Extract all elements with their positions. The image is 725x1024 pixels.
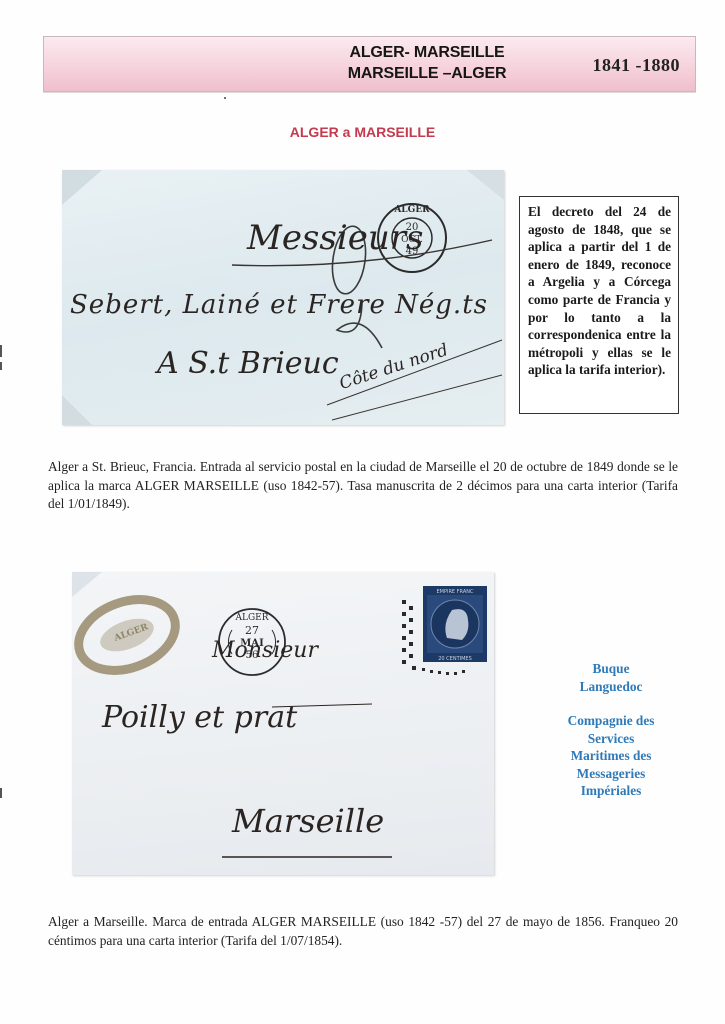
address-line-1: Monsieur xyxy=(212,638,318,663)
ship-info: Buque Languedoc Compagnie des Services M… xyxy=(545,660,677,800)
edge-mark xyxy=(0,788,2,798)
svg-text:EMPIRE FRANC: EMPIRE FRANC xyxy=(437,589,474,595)
historical-note-text: El decreto del 24 de agosto de 1848, que… xyxy=(528,203,671,379)
header-banner: ALGER- MARSEILLE MARSEILLE –ALGER 1841 -… xyxy=(43,36,696,92)
ship-name: Languedoc xyxy=(545,678,677,696)
company-line-1: Compagnie des xyxy=(545,712,677,730)
address-line-2: Sebert, Lainé et Frere Nég.ts xyxy=(70,290,488,320)
company-line-3: Maritimes des xyxy=(545,747,677,765)
edge-mark xyxy=(0,362,2,370)
cover-image-2: ALGER ALGER 27 MAI 56 E xyxy=(72,572,494,875)
svg-text:ALGER: ALGER xyxy=(393,205,430,215)
company-line-2: Services xyxy=(545,730,677,748)
ship-label: Buque xyxy=(545,660,677,678)
cover-image-1: ALGER 20 OCT. 49 Messieurs Sebert, Lainé… xyxy=(62,170,504,425)
address-line-3: Marseille xyxy=(232,802,384,840)
company-line-5: Impériales xyxy=(545,782,677,800)
cover-1-caption: Alger a St. Brieuc, Francia. Entrada al … xyxy=(48,458,678,514)
svg-text:20 CENTIMES: 20 CENTIMES xyxy=(438,656,472,662)
address-line-2: Poilly et prat xyxy=(102,700,297,735)
svg-text:27: 27 xyxy=(245,624,259,637)
svg-text:ALGER: ALGER xyxy=(234,613,268,623)
historical-note-box: El decreto del 24 de agosto de 1848, que… xyxy=(519,196,679,414)
cover-2-caption: Alger a Marseille. Marca de entrada ALGE… xyxy=(48,913,678,950)
section-heading: ALGER a MARSEILLE xyxy=(0,124,725,140)
address-line-1: Messieurs xyxy=(247,218,423,258)
year-range: 1841 -1880 xyxy=(593,55,681,76)
address-line-3: A S.t Brieuc xyxy=(157,346,339,381)
stamp-napoleon-20c xyxy=(423,586,487,662)
edge-mark xyxy=(0,345,2,357)
company-line-4: Messageries xyxy=(545,765,677,783)
speck xyxy=(224,97,226,99)
